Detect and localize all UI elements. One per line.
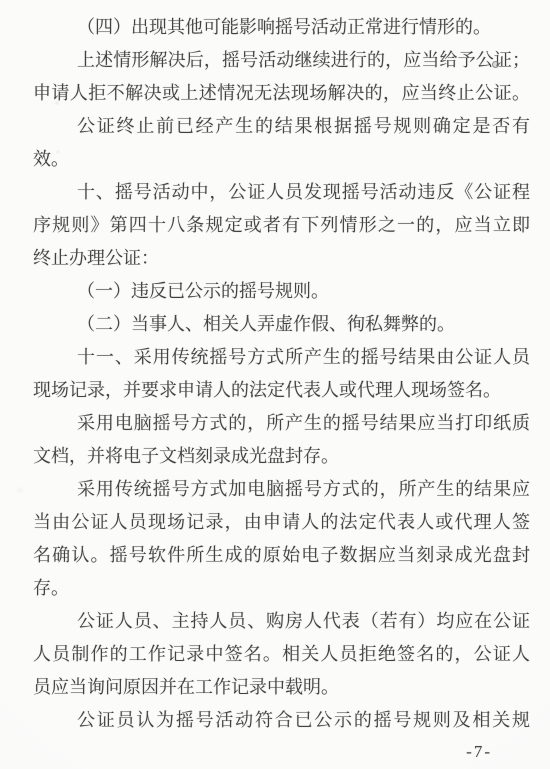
text-line: 采用电脑摇号方式的，所产生的摇号结果应当打印纸质 <box>33 407 530 440</box>
text-line: 人员制作的工作记录中签名。相关人员拒绝签名的，公证人 <box>33 638 530 671</box>
text-line: 名确认。摇号软件所生成的原始电子数据应当刻录成光盘封 <box>33 539 530 572</box>
text-line: 文档，并将电子文档刻录成光盘封存。 <box>33 440 530 473</box>
text-line: 终止办理公证： <box>33 242 530 275</box>
document-page: （四）出现其他可能影响摇号活动正常进行情形的。上述情形解决后，摇号活动继续进行的… <box>0 0 550 769</box>
text-line: （二）当事人、相关人弄虚作假、徇私舞弊的。 <box>33 308 530 341</box>
text-line: 存。 <box>33 572 530 605</box>
text-line: 十一、采用传统摇号方式所产生的摇号结果由公证人员 <box>33 341 530 374</box>
text-line: （一）违反已公示的摇号规则。 <box>33 275 530 308</box>
text-line: （四）出现其他可能影响摇号活动正常进行情形的。 <box>33 11 530 44</box>
text-line: 当由公证人员现场记录，由申请人的法定代表人或代理人签 <box>33 506 530 539</box>
text-line: 公证终止前已经产生的结果根据摇号规则确定是否有 <box>33 110 530 143</box>
text-line: 上述情形解决后，摇号活动继续进行的，应当给予公证； <box>33 44 530 77</box>
text-line: 员应当询问原因并在工作记录中载明。 <box>33 671 530 704</box>
document-body: （四）出现其他可能影响摇号活动正常进行情形的。上述情形解决后，摇号活动继续进行的… <box>33 11 530 737</box>
scan-speck <box>492 61 499 68</box>
text-line: 效。 <box>33 143 530 176</box>
text-line: 公证员认为摇号活动符合已公示的摇号规则及相关规 <box>33 704 530 737</box>
text-line: 现场记录，并要求申请人的法定代表人或代理人现场签名。 <box>33 374 530 407</box>
text-line: 十、摇号活动中，公证人员发现摇号活动违反《公证程 <box>33 176 530 209</box>
text-line: 申请人拒不解决或上述情况无法现场解决的，应当终止公证。 <box>33 77 530 110</box>
text-line: 采用传统摇号方式加电脑摇号方式的，所产生的结果应 <box>33 473 530 506</box>
text-line: 公证人员、主持人员、购房人代表（若有）均应在公证 <box>33 605 530 638</box>
text-line: 序规则》第四十八条规定或者有下列情形之一的，应当立即 <box>33 209 530 242</box>
page-number: -7- <box>466 743 492 760</box>
